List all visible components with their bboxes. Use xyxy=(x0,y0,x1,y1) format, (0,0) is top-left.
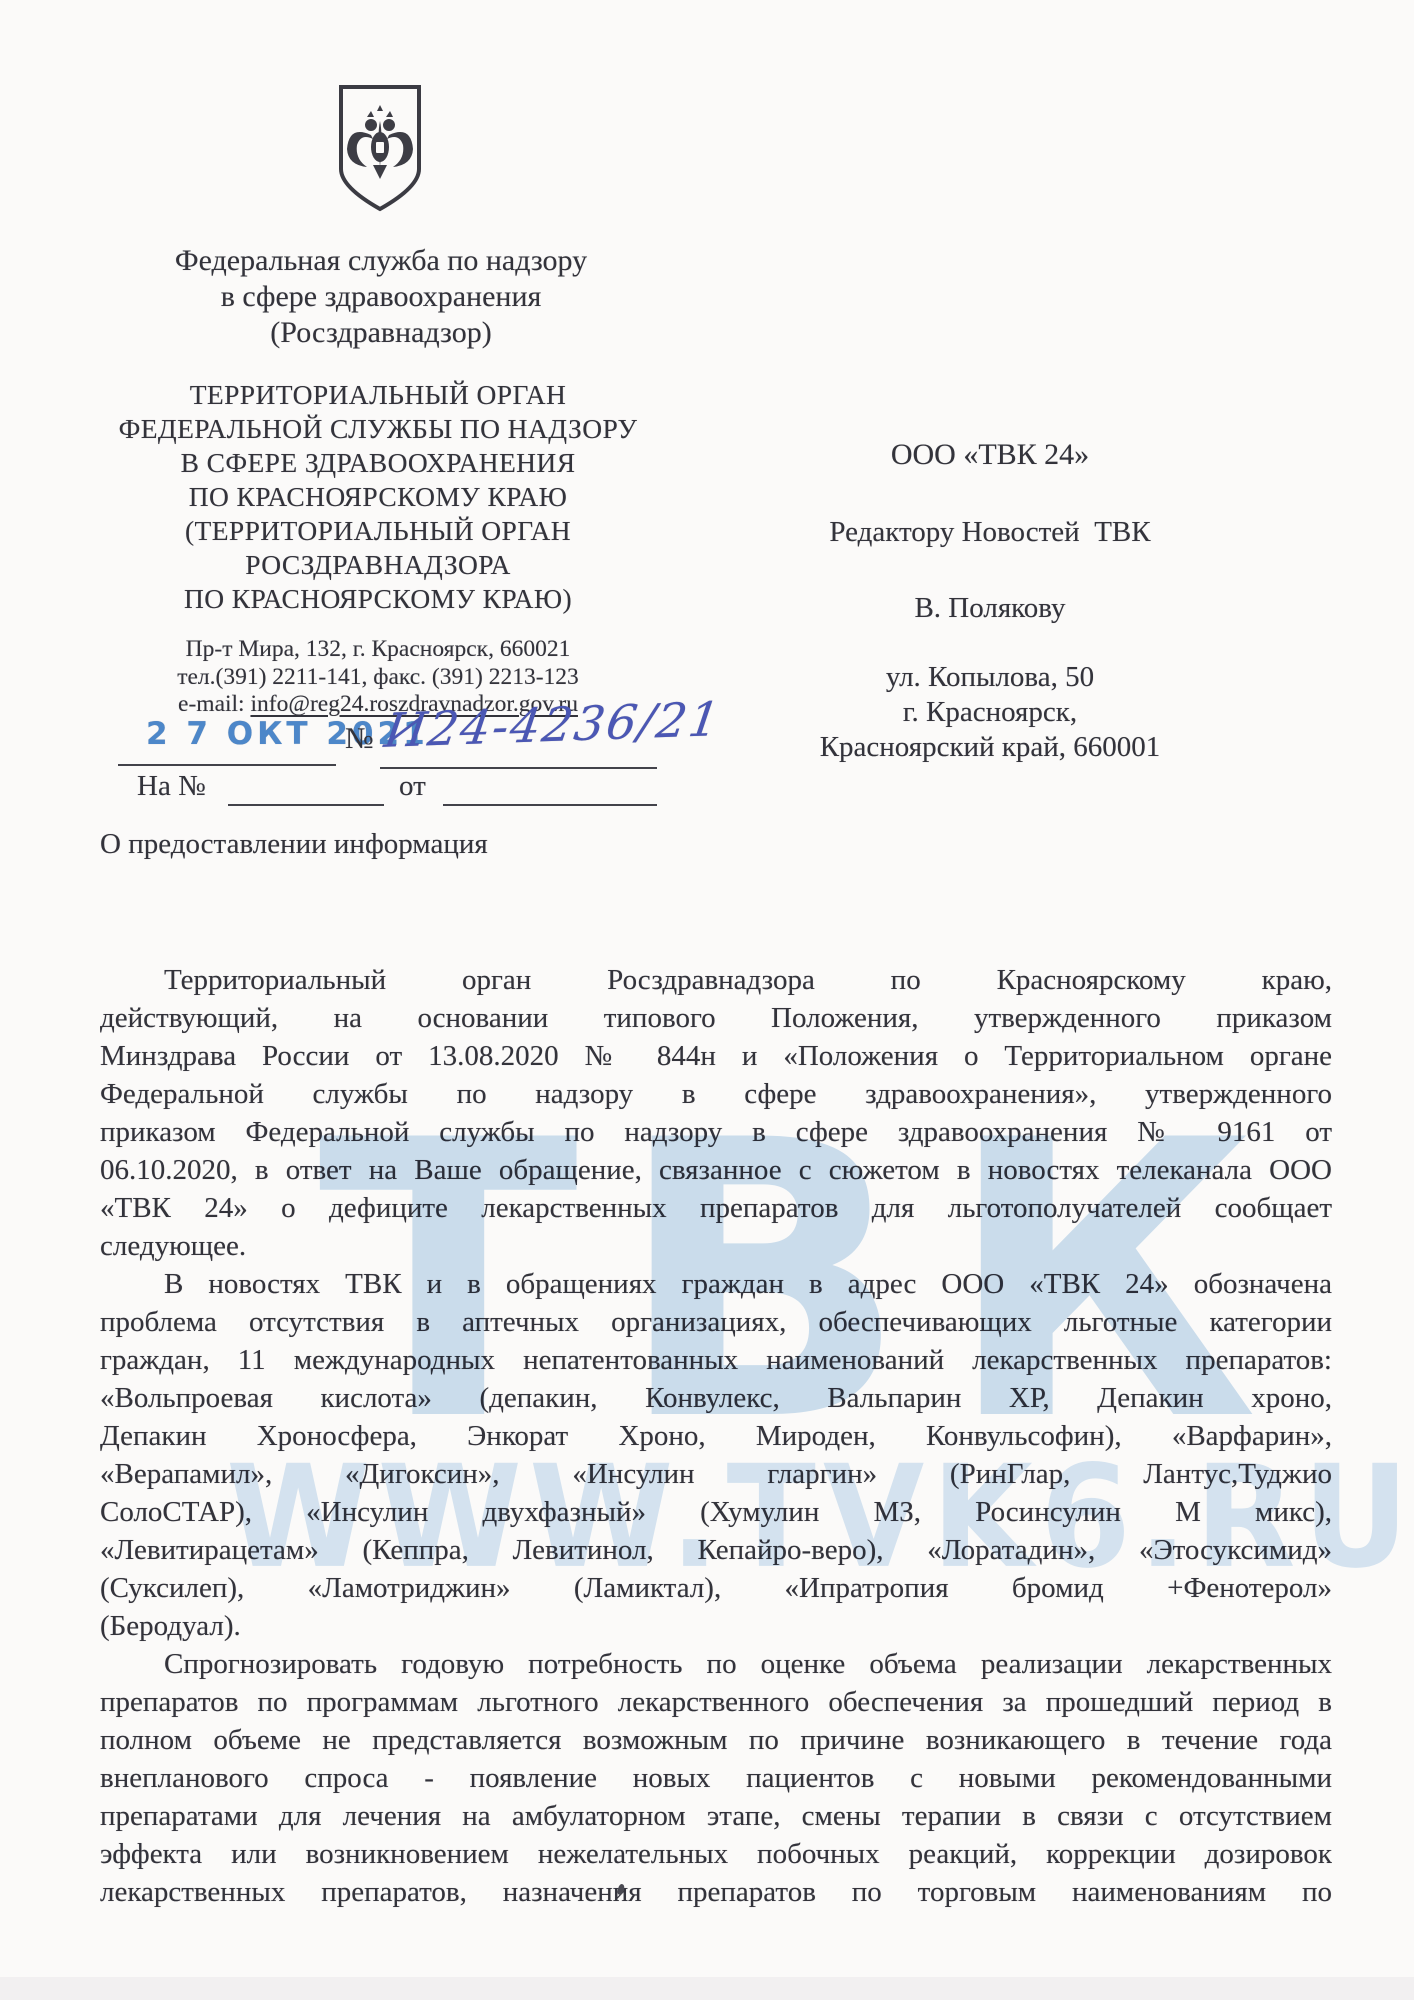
agency-line: в сфере здравоохранения xyxy=(98,279,664,315)
scanned-letter-page: Федеральная служба по надзору в сфере зд… xyxy=(0,0,1414,2000)
body-line: «Левитирацетам» (Кеппра, Левитинол, Кепа… xyxy=(100,1531,1332,1569)
addressee-role: Редактору Новостей ТВК xyxy=(760,516,1220,549)
body-line: препаратами для лечения на амбулаторном … xyxy=(100,1797,1332,1835)
territorial-line: ПО КРАСНОЯРСКОМУ КРАЮ xyxy=(92,480,664,514)
addressee-company: ООО «ТВК 24» xyxy=(780,438,1200,472)
territorial-line: (ТЕРРИТОРИАЛЬНЫЙ ОРГАН xyxy=(92,514,664,548)
body-line: приказом Федеральной службы по надзору в… xyxy=(100,1113,1332,1151)
body-line: В новостях ТВК и в обращениях граждан в … xyxy=(100,1265,1332,1303)
addressee-address-line: г. Красноярск, xyxy=(780,695,1200,730)
body-line: эффекта или возникновением нежелательных… xyxy=(100,1835,1332,1873)
phone-fax: тел.(391) 2211-141, факс. (391) 2213-123 xyxy=(92,664,664,692)
scan-bottom-edge xyxy=(0,1977,1414,2000)
body-line: действующий, на основании типового Полож… xyxy=(100,999,1332,1037)
territorial-line: ПО КРАСНОЯРСКОМУ КРАЮ) xyxy=(92,582,664,616)
postal-address: Пр-т Мира, 132, г. Красноярск, 660021 xyxy=(92,636,664,664)
handwritten-number: И24-4236/21 xyxy=(381,692,725,759)
body-line: СолоСТАР), «Инсулин двухфазный» (Хумулин… xyxy=(100,1493,1332,1531)
addressee-name: В. Полякову xyxy=(780,592,1200,625)
letter-body: Территориальный орган Росздравнадзора по… xyxy=(100,961,1332,1911)
territorial-line: В СФЕРЕ ЗДРАВООХРАНЕНИЯ xyxy=(92,446,664,480)
date-underline xyxy=(118,764,336,766)
incoming-number-label: На № xyxy=(137,770,206,803)
body-line: Территориальный орган Росздравнадзора по… xyxy=(100,961,1332,999)
from-date-underline xyxy=(443,804,657,806)
territorial-line: РОСЗДРАВНАДЗОРА xyxy=(92,548,664,582)
from-date-label: от xyxy=(399,770,426,803)
body-line: граждан, 11 международных непатентованны… xyxy=(100,1341,1332,1379)
body-line: «ТВК 24» о дефиците лекарственных препар… xyxy=(100,1189,1332,1227)
agency-line: Федеральная служба по надзору xyxy=(98,243,664,279)
body-line: внепланового спроса - появление новых па… xyxy=(100,1759,1332,1797)
body-line: «Вольпроевая кислота» (депакин, Конвулек… xyxy=(100,1379,1332,1417)
territorial-line: ТЕРРИТОРИАЛЬНЫЙ ОРГАН xyxy=(92,378,664,412)
body-line: (Суксилеп), «Ламотриджин» (Ламиктал), «И… xyxy=(100,1569,1332,1607)
body-line: лекарственных препаратов, назначения пре… xyxy=(100,1873,1332,1911)
body-line: проблема отсутствия в аптечных организац… xyxy=(100,1303,1332,1341)
body-line: Спрогнозировать годовую потребность по о… xyxy=(100,1645,1332,1683)
body-line: следующее. xyxy=(100,1227,1332,1265)
body-line: препаратов по программам льготного лекар… xyxy=(100,1683,1332,1721)
coat-of-arms-icon xyxy=(333,83,427,215)
addressee-address-line: ул. Копылова, 50 xyxy=(780,660,1200,695)
agency-line: (Росздравнадзор) xyxy=(98,315,664,351)
incoming-number-underline xyxy=(228,804,384,806)
body-line: Минздрава России от 13.08.2020 № 844н и … xyxy=(100,1037,1332,1075)
addressee-address: ул. Копылова, 50 г. Красноярск, Краснояр… xyxy=(780,660,1200,765)
subject-line: О предоставлении информация xyxy=(100,828,488,861)
agency-name-block: Федеральная служба по надзору в сфере зд… xyxy=(98,243,664,351)
body-line: Федеральной службы по надзору в сфере зд… xyxy=(100,1075,1332,1113)
body-line: полном объеме не представляется возможны… xyxy=(100,1721,1332,1759)
addressee-address-line: Красноярский край, 660001 xyxy=(780,730,1200,765)
territorial-line: ФЕДЕРАЛЬНОЙ СЛУЖБЫ ПО НАДЗОРУ xyxy=(92,412,664,446)
body-line: 06.10.2020, в ответ на Ваше обращение, с… xyxy=(100,1151,1332,1189)
body-line: «Верапамил», «Дигоксин», «Инсулин гларги… xyxy=(100,1455,1332,1493)
email-label: e-mail: xyxy=(178,691,250,717)
number-label: № xyxy=(345,722,374,756)
number-underline xyxy=(380,767,657,769)
body-line: Депакин Хроносфера, Энкорат Хроно, Мирод… xyxy=(100,1417,1332,1455)
territorial-organ-block: ТЕРРИТОРИАЛЬНЫЙ ОРГАН ФЕДЕРАЛЬНОЙ СЛУЖБЫ… xyxy=(92,378,664,616)
body-line: (Беродуал). xyxy=(100,1607,1332,1645)
